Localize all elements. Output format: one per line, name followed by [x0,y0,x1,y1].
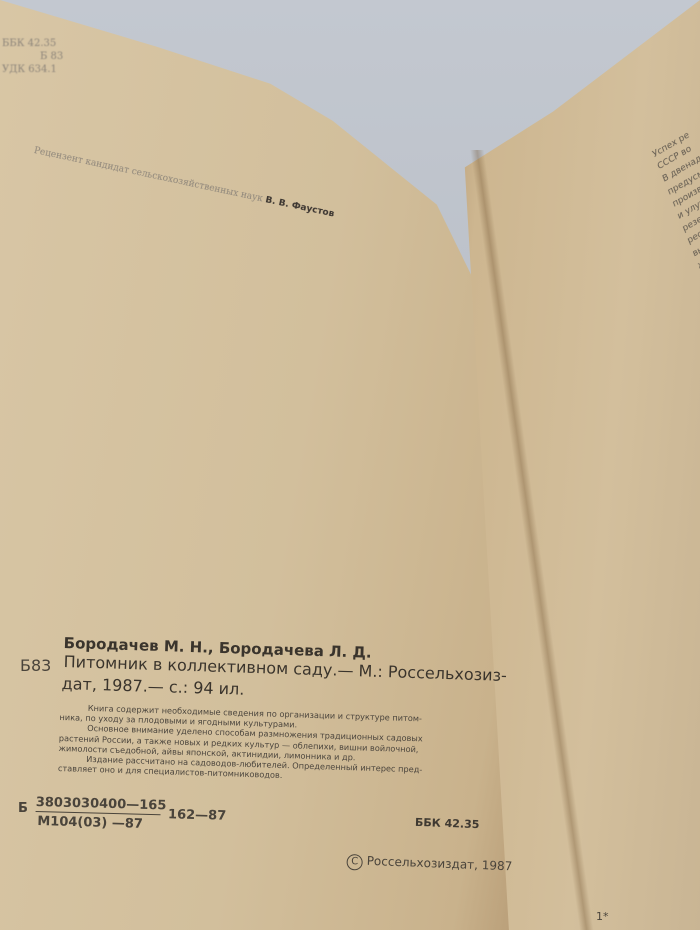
classification-author-mark: Б 83 [2,50,63,63]
index-fraction: 3803030400—165 М104(03) —87 [35,795,166,832]
card-abstract: Книга содержит необходимые сведения по о… [58,702,424,785]
classification-codes: ББК 42.35 Б 83 УДК 634.1 [2,37,63,76]
price-code: 162—87 [168,807,227,824]
copyright-icon: C [346,854,363,871]
index-letter: Б [18,801,28,816]
page-number: 1* [596,910,609,923]
classification-udk: УДК 634.1 [2,63,63,76]
classification-bbk: ББК 42.35 [2,37,63,50]
card-code: Б83 [20,656,51,675]
card-bbk: ББК 42.35 [415,816,480,831]
